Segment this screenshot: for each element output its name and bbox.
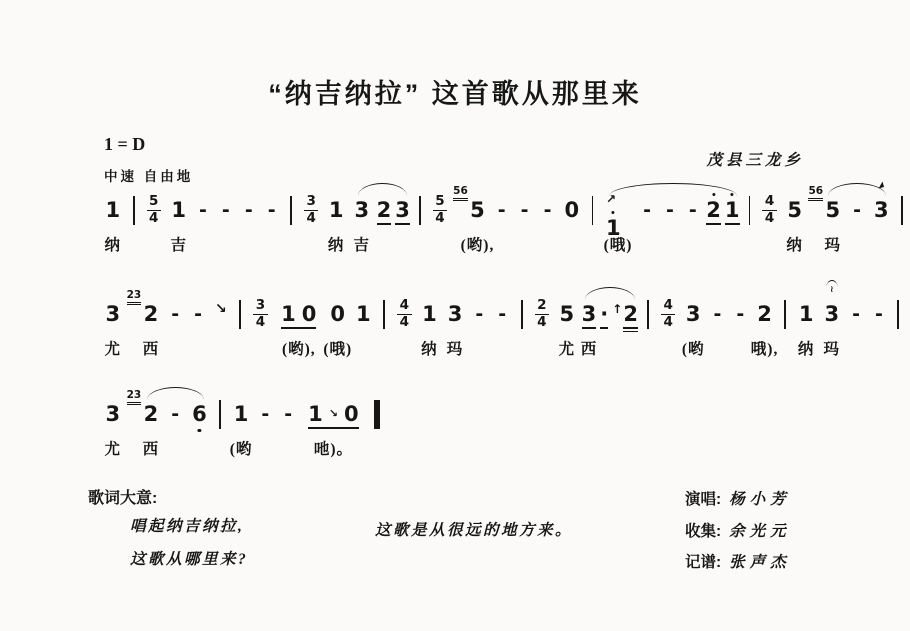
time-signature-numerator: 2 — [535, 298, 549, 315]
rest: 0(哦) — [330, 302, 345, 326]
dash-hold: - — [853, 198, 861, 222]
note-number: - — [521, 199, 529, 221]
barline — [219, 400, 221, 429]
note-number: 3 — [106, 302, 121, 326]
credits-block: 演唱: 杨小芳 收集: 余光元 记谱: 张声杰 — [685, 487, 791, 582]
lyric: 玛 — [825, 233, 842, 255]
dash-hold: - — [261, 402, 269, 426]
note-figure: 2 — [144, 402, 159, 426]
note-number: - — [643, 199, 651, 221]
sheet-music-page: “纳吉纳拉” 这首歌从那里来 1 = D 中速 自由地 茂县三龙乡 1纳541吉… — [0, 0, 910, 631]
credit-name: 张声杰 — [729, 550, 791, 572]
note-figure: 5 — [470, 198, 485, 222]
note-figure: 2 — [144, 302, 159, 326]
note: 2哦), — [757, 302, 772, 326]
note-figure: - — [521, 198, 529, 222]
note-number: 2 — [623, 302, 638, 326]
note: 232西 — [144, 302, 159, 326]
note-figure: - — [852, 302, 860, 326]
note-number: 1 — [329, 198, 344, 222]
note: 1纳 — [799, 302, 814, 326]
note-number: - — [268, 199, 276, 221]
note-figure: 1 — [329, 198, 344, 222]
note-figure: - — [713, 302, 721, 326]
grace-notes: 56 — [453, 186, 468, 201]
note: 3(哟 — [686, 302, 701, 326]
note: 1纳 — [329, 198, 344, 222]
note-figure: 1 — [799, 302, 814, 326]
note: 3尤 — [106, 302, 121, 326]
note-number: 0 — [330, 302, 345, 326]
note-number: - — [689, 199, 697, 221]
note-number: - — [853, 199, 861, 221]
lyric: 纳 — [328, 233, 345, 255]
barline — [647, 300, 649, 329]
note: 6 — [192, 402, 207, 426]
note-number: 1 — [356, 302, 371, 326]
barline — [749, 196, 751, 225]
key-signature: 1 = D — [104, 134, 145, 155]
note-number: 3 — [448, 302, 463, 326]
dash-hold: - — [666, 198, 674, 222]
note-number: 1 — [422, 302, 437, 326]
lyric: 尤 — [105, 437, 122, 459]
note-figure: · — [600, 302, 608, 326]
time-signature-denominator: 4 — [765, 211, 774, 227]
note: 565玛 — [825, 198, 840, 222]
note-number: - — [261, 403, 269, 425]
lyric: 玛 — [824, 337, 841, 359]
note-number: 2 — [377, 198, 392, 222]
lyric: (哟 — [682, 337, 705, 359]
slide-mark-icon: ↘ — [329, 402, 338, 426]
note-figure: 1 — [308, 402, 323, 426]
song-title: “纳吉纳拉” 这首歌从那里来 — [0, 72, 910, 111]
note-number: 3 — [395, 198, 410, 222]
note: · — [600, 302, 608, 326]
note-figure: 6 — [192, 402, 207, 426]
credit-row-transcriber: 记谱: 张声杰 — [685, 550, 791, 572]
note-number: - — [852, 303, 860, 325]
note-figure: 0 — [330, 302, 345, 326]
dash-hold: - — [852, 302, 860, 326]
barline — [784, 300, 786, 329]
note-figure: 3 — [106, 402, 121, 426]
note: 3尤 — [106, 402, 121, 426]
underline-beam — [600, 327, 608, 329]
time-signature: 34 — [304, 194, 318, 226]
ornament-wave: ≀ — [830, 287, 833, 294]
underline-beam — [377, 223, 392, 225]
time-signature-denominator: 4 — [400, 315, 409, 331]
note: ↗1(哦) — [606, 198, 630, 240]
note-figure: - — [268, 198, 276, 222]
verse-line: 唱起纳吉纳拉, — [130, 514, 248, 536]
barline — [897, 300, 899, 329]
note-number: 1 — [171, 198, 186, 222]
note: 232西 — [144, 402, 159, 426]
credit-row-collector: 收集: 余光元 — [685, 519, 791, 541]
time-signature-numerator: 5 — [147, 194, 161, 211]
lyric: 西 — [143, 337, 160, 359]
note: 3 — [395, 198, 410, 222]
note-figure: 3 — [106, 302, 121, 326]
note-figure: 1 — [234, 402, 249, 426]
slide-arrow-icon: ↑ — [612, 302, 622, 316]
underline-beam — [395, 223, 410, 225]
barline — [592, 196, 594, 225]
note-number: 1 — [106, 198, 121, 222]
dash-hold: - — [222, 198, 230, 222]
note-number: 0 — [344, 402, 359, 426]
time-signature-numerator: 4 — [762, 194, 776, 211]
note-figure: - — [199, 198, 207, 222]
time-signature-numerator: 3 — [304, 194, 318, 211]
note-number: 3 — [874, 198, 889, 222]
dash-hold: - — [689, 198, 697, 222]
note-number: 5 — [560, 302, 575, 326]
dash-hold: - — [521, 198, 529, 222]
time-signature-denominator: 4 — [435, 211, 444, 227]
dash-hold: - — [475, 302, 483, 326]
credit-name: 杨小芳 — [729, 487, 791, 509]
note: 3玛 — [448, 302, 463, 326]
note-figure: 1 — [422, 302, 437, 326]
note: 1(哟 — [234, 402, 249, 426]
note-number: 3 — [355, 198, 370, 222]
note: 3 — [874, 198, 889, 222]
lyric: 西 — [581, 337, 598, 359]
lyric: 玛 — [447, 337, 464, 359]
slur — [147, 387, 204, 400]
note-figure: - — [875, 302, 883, 326]
time-signature-denominator: 4 — [306, 211, 315, 227]
note-figure: 0 — [344, 402, 359, 426]
beam-group: 1↘0吔)。 — [305, 402, 361, 426]
rest: 0 — [564, 198, 579, 222]
lyric: 纳 — [798, 337, 815, 359]
time-signature: 24 — [535, 298, 549, 330]
note-figure: ↘ — [329, 402, 338, 426]
note-figure: - — [284, 402, 292, 426]
note-number: 5 — [470, 198, 485, 222]
note-number: - — [736, 303, 744, 325]
barline — [133, 196, 135, 225]
dash-hold: - — [875, 302, 883, 326]
lyric: (哦) — [604, 233, 633, 255]
time-signature: 54 — [147, 194, 161, 226]
note-figure: 3 — [686, 302, 701, 326]
notation-line-1: 1纳541吉----341纳3吉2354565(哟),---0↗1(哦)---2… — [100, 180, 910, 262]
credit-label: 记谱: — [685, 550, 721, 572]
underline-beam — [725, 223, 740, 225]
dash-hold: - — [245, 198, 253, 222]
note-number: 3 — [582, 302, 597, 326]
note-figure: - — [643, 198, 651, 222]
note-figure: 3 — [448, 302, 463, 326]
rest: 0 — [302, 302, 317, 326]
note-figure: 0 — [564, 198, 579, 222]
beam-line — [281, 327, 316, 329]
lyric: 纳 — [105, 233, 122, 255]
time-signature: 44 — [762, 194, 776, 226]
underline-beam — [623, 331, 638, 333]
note-number: - — [245, 199, 253, 221]
note-number: - — [498, 199, 506, 221]
note: 3≀玛 — [825, 302, 840, 326]
grace-notes: 23 — [127, 390, 142, 405]
dash-hold: - — [713, 302, 721, 326]
note-number: 1 — [799, 302, 814, 326]
note-number: - — [544, 199, 552, 221]
dash-hold: - — [171, 302, 179, 326]
dash-hold: - — [544, 198, 552, 222]
note: 3西 — [582, 302, 597, 326]
lyric: 吉 — [354, 233, 371, 255]
note: 2 — [706, 198, 721, 222]
time-signature: 34 — [253, 298, 267, 330]
notation-line-2: 3尤232西--↘3410(哟),0(哦)1441纳3玛--245尤3西·↑24… — [100, 284, 906, 366]
note-figure: - — [475, 302, 483, 326]
note-number: - — [475, 303, 483, 325]
note-figure: ↘ — [215, 302, 227, 326]
dash-hold: - — [736, 302, 744, 326]
time-signature: 54 — [433, 194, 447, 226]
note-figure: - — [194, 302, 202, 326]
barline — [239, 300, 241, 329]
note-number: 5 — [787, 198, 802, 222]
note-figure: 3 — [582, 302, 597, 326]
note-number: - — [171, 303, 179, 325]
note-figure: 5 — [787, 198, 802, 222]
turn-ornament-icon: ≀ — [826, 280, 837, 294]
note-number: 3 — [825, 302, 840, 326]
note-figure: 3 — [395, 198, 410, 222]
dash-hold: - — [498, 302, 506, 326]
verse-left-column: 唱起纳吉纳拉, 这歌从哪里来? — [130, 514, 248, 580]
lyrics-gist-heading: 歌词大意: — [88, 485, 157, 508]
lyric: 吉 — [170, 233, 187, 255]
note-figure: - — [498, 198, 506, 222]
time-signature-denominator: 4 — [256, 315, 265, 331]
note: 1纳 — [422, 302, 437, 326]
origin-place: 茂县三龙乡 — [706, 148, 804, 170]
slide-mark-icon: ↘ — [215, 302, 227, 326]
time-signature: 44 — [661, 298, 675, 330]
note-figure: 1 — [106, 198, 121, 222]
note: 5尤 — [560, 302, 575, 326]
note-number: ↘ — [215, 301, 227, 317]
note-figure: 1 — [725, 198, 740, 222]
time-signature-numerator: 3 — [253, 298, 267, 315]
lyric: 西 — [143, 437, 160, 459]
credit-name: 余光元 — [729, 519, 791, 541]
note: 2 — [377, 198, 392, 222]
note-figure: - — [544, 198, 552, 222]
note-number: 1 — [281, 302, 296, 326]
note-figure: 3 — [355, 198, 370, 222]
note-number: 0 — [302, 302, 317, 326]
verse-line: 这歌从哪里来? — [130, 547, 248, 569]
note-figure: 2 — [623, 302, 638, 326]
time-signature-denominator: 4 — [149, 211, 158, 227]
note-number: ↘ — [329, 407, 338, 420]
barline — [383, 300, 385, 329]
final-barline — [374, 400, 380, 429]
note-figure: 2 — [757, 302, 772, 326]
lyric: (哟), — [461, 233, 495, 255]
note-number: - — [194, 303, 202, 325]
barline — [521, 300, 523, 329]
time-signature-denominator: 4 — [537, 315, 546, 331]
slur-arrow — [828, 183, 886, 196]
underline-beam — [623, 327, 638, 329]
note-figure: - — [853, 198, 861, 222]
note-figure: - — [171, 402, 179, 426]
note-number: 3 — [686, 302, 701, 326]
note-figure: - — [689, 198, 697, 222]
note: 1纳 — [106, 198, 121, 222]
slur — [609, 183, 737, 196]
time-signature-numerator: 4 — [661, 298, 675, 315]
note-number: 1 — [234, 402, 249, 426]
note-figure: 3≀ — [825, 302, 840, 326]
note-number: 2 — [144, 302, 159, 326]
note-number: 0 — [564, 198, 579, 222]
grace-notes: 23 — [127, 290, 142, 305]
note-number: - — [666, 199, 674, 221]
note-figure: 5 — [560, 302, 575, 326]
grace-notes: 56 — [808, 186, 823, 201]
note: 1 — [281, 302, 296, 326]
note-number: 1 — [725, 198, 740, 222]
beam-line — [308, 427, 358, 429]
note: 1 — [308, 402, 323, 426]
barline — [290, 196, 292, 225]
slur — [585, 287, 635, 300]
note: 1 — [725, 198, 740, 222]
dash-hold: - — [194, 302, 202, 326]
note-figure: 1 — [281, 302, 296, 326]
time-signature-numerator: 4 — [397, 298, 411, 315]
note-number: 2 — [144, 402, 159, 426]
note-figure: 2 — [706, 198, 721, 222]
dash-hold: - — [643, 198, 651, 222]
lyric: 尤 — [559, 337, 576, 359]
note: 1吉 — [171, 198, 186, 222]
rest: 0 — [344, 402, 359, 426]
dash-hold: - — [171, 402, 179, 426]
note: 565(哟), — [470, 198, 485, 222]
note-figure: 0 — [302, 302, 317, 326]
note-number: - — [713, 303, 721, 325]
note: 3吉 — [355, 198, 370, 222]
note-number: 6 — [192, 402, 207, 426]
dash-hold: - — [284, 402, 292, 426]
note-figure: 5 — [825, 198, 840, 222]
dash-hold: - — [498, 198, 506, 222]
note: 1 — [356, 302, 371, 326]
note: 5纳 — [787, 198, 802, 222]
lyric: (哦) — [323, 337, 352, 359]
note-number: 5 — [825, 198, 840, 222]
slur — [358, 183, 407, 196]
dash-hold: - — [268, 198, 276, 222]
note-figure: - — [666, 198, 674, 222]
octave-dot-above — [612, 211, 615, 214]
note-figure: - — [245, 198, 253, 222]
note-figure: 2 — [377, 198, 392, 222]
lyric: 哦), — [751, 337, 779, 359]
note-number: 2 — [757, 302, 772, 326]
lyric: 吔)。 — [314, 437, 353, 459]
note-number: · — [600, 302, 608, 326]
notation-line-3: 3尤232西-61(哟--1↘0吔)。 — [100, 384, 387, 466]
note-number: - — [171, 403, 179, 425]
beam-group: 10(哟), — [278, 302, 319, 326]
note-number: - — [284, 403, 292, 425]
note-number: 2 — [706, 198, 721, 222]
underline-beam — [582, 327, 597, 329]
note-figure: 1 — [171, 198, 186, 222]
verse-right-column: 这歌是从很远的地方来。 — [375, 518, 573, 540]
note-figure: - — [171, 302, 179, 326]
note-figure: - — [736, 302, 744, 326]
note-figure: - — [261, 402, 269, 426]
lyric: (哟), — [282, 337, 316, 359]
time-signature-denominator: 4 — [663, 315, 672, 331]
note-figure: - — [222, 198, 230, 222]
lyric: (哟 — [230, 437, 253, 459]
credit-row-singer: 演唱: 杨小芳 — [685, 487, 791, 509]
note-number: 3 — [106, 402, 121, 426]
time-signature-numerator: 5 — [433, 194, 447, 211]
note-number: - — [498, 303, 506, 325]
barline — [901, 196, 903, 225]
note-number: - — [222, 199, 230, 221]
octave-dot-below — [198, 429, 201, 432]
note-number: 1 — [308, 402, 323, 426]
note-number: - — [199, 199, 207, 221]
time-signature: 44 — [397, 298, 411, 330]
note-figure: 3 — [874, 198, 889, 222]
underline-beam — [706, 223, 721, 225]
credit-label: 演唱: — [685, 487, 721, 509]
lyric: 尤 — [105, 337, 122, 359]
barline — [419, 196, 421, 225]
note-number: - — [875, 303, 883, 325]
credit-label: 收集: — [685, 519, 721, 541]
dash-hold: - — [199, 198, 207, 222]
note: ↑2 — [612, 302, 638, 326]
note-figure: - — [498, 302, 506, 326]
lyric: 纳 — [421, 337, 438, 359]
lyric: 纳 — [786, 233, 803, 255]
note-figure: 1 — [356, 302, 371, 326]
